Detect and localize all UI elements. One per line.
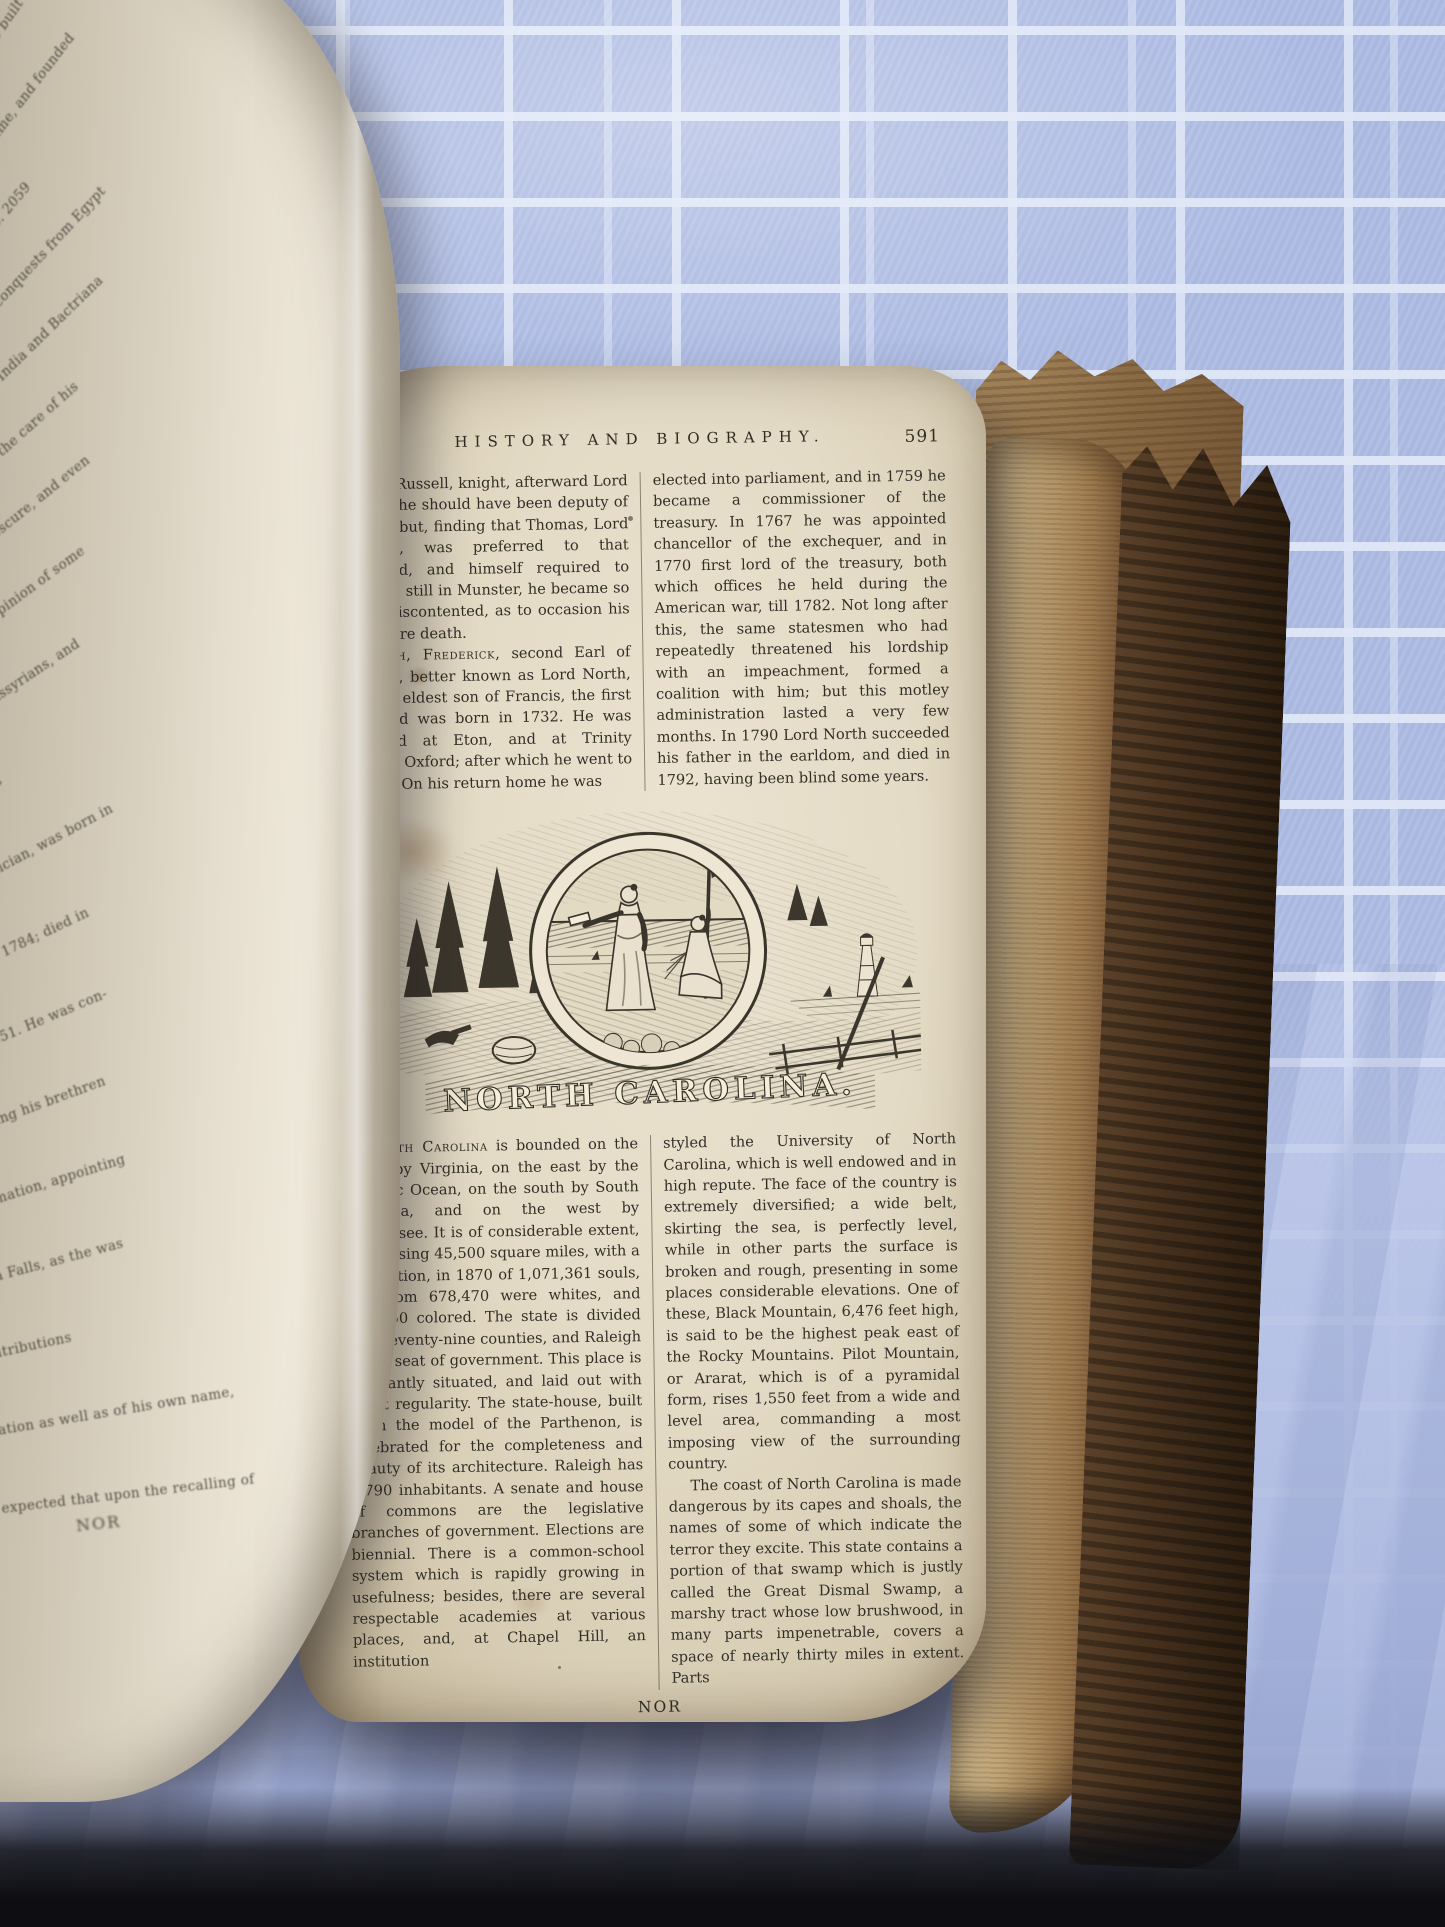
top-right-column: elected into parliament, and in 1759 he … [653, 465, 951, 791]
bottom-right-column: styled the University of North Carolina,… [663, 1128, 965, 1689]
right-page: HISTORY AND BIOGRAPHY. 591 William Russe… [298, 366, 986, 1722]
column-divider [650, 1135, 660, 1690]
paragraph: styled the University of North Carolina,… [663, 1128, 961, 1475]
left-page-catchword: NOR [75, 1512, 122, 1536]
catchword: NOR [354, 1693, 966, 1721]
left-page-text-fragment: July 19th, 1784; died in [0, 905, 91, 993]
left-page-curled: NOR COTTAGE CYCLOPEDIA OFa son of Belus,… [0, 0, 400, 1802]
north-carolina-seal-illustration: NORTH CAROLINA. [362, 797, 935, 1130]
bottom-dark-edge [0, 1787, 1445, 1927]
left-page-text-fragment: settled he expected that upon the recall… [0, 1471, 255, 1526]
page-content: HISTORY AND BIOGRAPHY. 591 William Russe… [334, 425, 966, 1720]
left-page-text-fragment: 28th, 1851. He was con- [0, 986, 109, 1069]
running-header: HISTORY AND BIOGRAPHY. 591 [334, 425, 946, 469]
left-page-text-fragment: their contributions [0, 1329, 73, 1373]
left-page-text-fragment: Niagara Falls, as the was [0, 1235, 125, 1297]
left-page-text-fragment: proclamation, appointing [0, 1151, 127, 1221]
book-photograph: NOR COTTAGE CYCLOPEDIA OFa son of Belus,… [0, 0, 1445, 1927]
page-number: 591 [904, 426, 940, 447]
seal-engraving: NORTH CAROLINA. [362, 797, 935, 1130]
top-columns: William Russell, knight, afterward Lord … [335, 465, 952, 796]
left-page-text-fragment: active, politician, was born in [0, 800, 115, 916]
barrel [492, 1037, 535, 1064]
paragraph: The coast of North Carolina is made dang… [668, 1471, 964, 1690]
running-header-title: HISTORY AND BIOGRAPHY. [334, 425, 946, 453]
left-page-text-fragment: English nation as well as of his own nam… [0, 1384, 235, 1450]
column-divider [640, 472, 646, 791]
left-page-text-fragment: Jupiter of the Assyrians, and [0, 636, 82, 764]
paragraph: elected into parliament, and in 1759 he … [653, 465, 951, 791]
left-page-text-fragment: collecting his brethren [0, 1073, 108, 1145]
left-page-text-fragment: Ninus is very obscure, and even [0, 452, 93, 611]
left-page-text-fragment: the Chaldeans [0, 773, 5, 840]
bottom-columns: North Carolina is bounded on the north b… [345, 1128, 966, 1694]
